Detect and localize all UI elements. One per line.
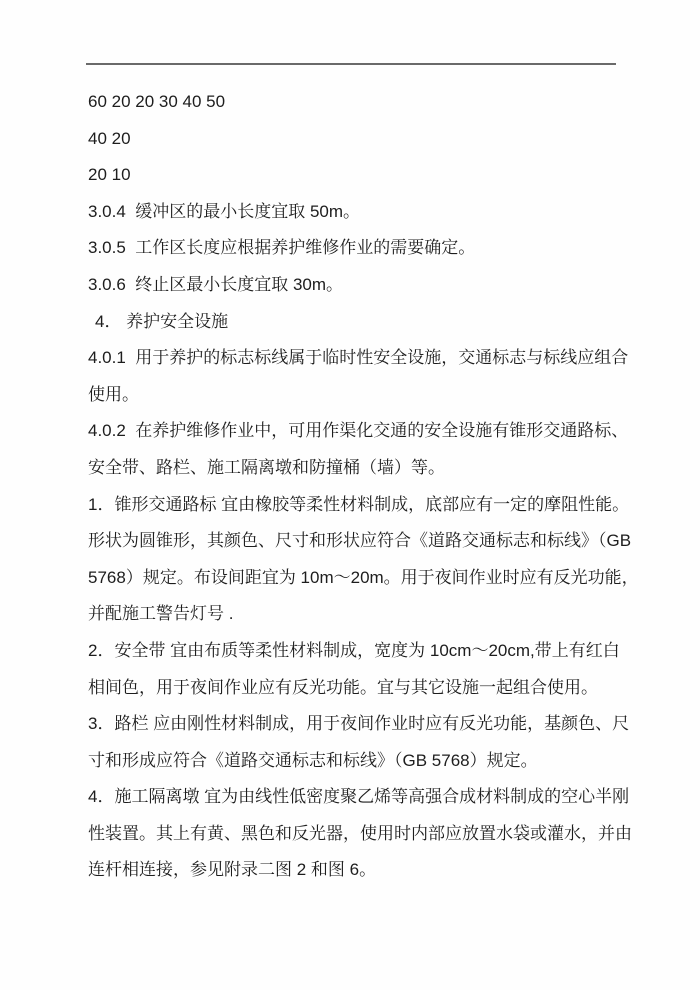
document-line: 形状为圆锥形，其颜色、尺寸和形状应符合《道路交通标志和标线》（GB xyxy=(88,523,624,560)
document-line: 使用。 xyxy=(88,377,624,414)
document-page: 60 20 20 30 40 5040 2020 103.0.4 缓冲区的最小长… xyxy=(0,0,700,990)
document-line: 并配施工警告灯号 . xyxy=(88,596,624,633)
document-line: 60 20 20 30 40 50 xyxy=(88,84,624,121)
document-line: 40 20 xyxy=(88,121,624,158)
document-line: 3.0.6 终止区最小长度宜取 30m。 xyxy=(88,267,624,304)
document-line: 相间色，用于夜间作业应有反光功能。宜与其它设施一起组合使用。 xyxy=(88,670,624,707)
document-line: 20 10 xyxy=(88,157,624,194)
document-line: 1．锥形交通路标 宜由橡胶等柔性材料制成，底部应有一定的摩阻性能。 xyxy=(88,487,624,524)
document-line: 安全带、路栏、施工隔离墩和防撞桶（墙）等。 xyxy=(88,450,624,487)
document-line: 4.0.1 用于养护的标志标线属于临时性安全设施，交通标志与标线应组合 xyxy=(88,340,624,377)
header-divider xyxy=(86,63,616,65)
document-line: 2．安全带 宜由布质等柔性材料制成，宽度为 10cm～20cm,带上有红白 xyxy=(88,633,624,670)
document-line: 4． 养护安全设施 xyxy=(88,304,624,341)
document-line: 寸和形成应符合《道路交通标志和标线》（GB 5768）规定。 xyxy=(88,743,624,780)
document-line: 性装置。其上有黄、黑色和反光器，使用时内部应放置水袋或灌水，并由 xyxy=(88,816,624,853)
document-line: 3.0.5 工作区长度应根据养护维修作业的需要确定。 xyxy=(88,230,624,267)
document-body: 60 20 20 30 40 5040 2020 103.0.4 缓冲区的最小长… xyxy=(88,84,624,889)
document-line: 3.0.4 缓冲区的最小长度宜取 50m。 xyxy=(88,194,624,231)
document-line: 4.0.2 在养护维修作业中，可用作渠化交通的安全设施有锥形交通路标、 xyxy=(88,413,624,450)
document-line: 4．施工隔离墩 宜为由线性低密度聚乙烯等高强合成材料制成的空心半刚 xyxy=(88,779,624,816)
document-line: 3．路栏 应由刚性材料制成，用于夜间作业时应有反光功能，基颜色、尺 xyxy=(88,706,624,743)
document-line: 5768）规定。布设间距宜为 10m～20m。用于夜间作业时应有反光功能， xyxy=(88,560,624,597)
document-line: 连杆相连接，参见附录二图 2 和图 6。 xyxy=(88,852,624,889)
